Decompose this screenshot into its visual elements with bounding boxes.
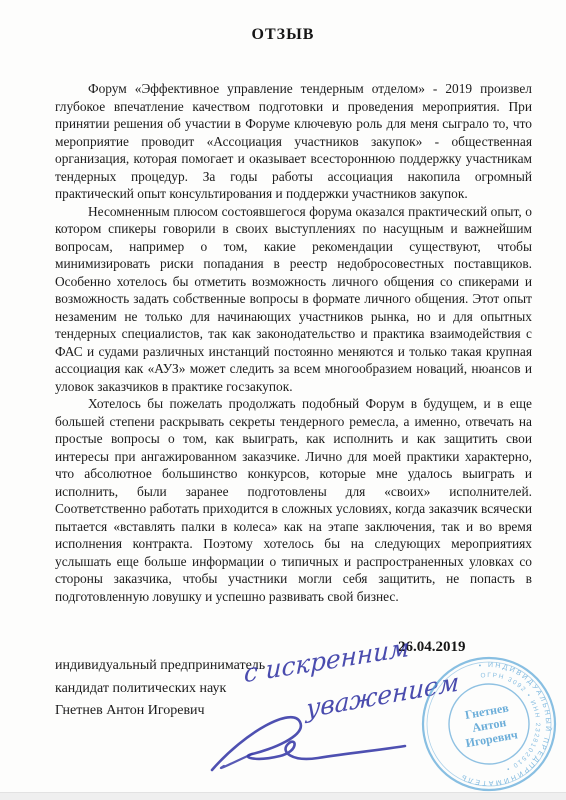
signature-stroke	[200, 692, 415, 787]
document-body: Форум «Эффективное управление тендерным …	[55, 80, 532, 605]
paragraph-1: Форум «Эффективное управление тендерным …	[55, 80, 532, 203]
signer-role-line-1: индивидуальный предприниматель	[55, 655, 305, 678]
page-title: ОТЗЫВ	[0, 26, 566, 44]
page-bottom-edge	[0, 792, 566, 800]
document-page: ОТЗЫВ Форум «Эффективное управление тенд…	[0, 0, 566, 800]
paragraph-2: Несомненным плюсом состоявшегося форума …	[55, 203, 532, 396]
document-date: 26.04.2019	[398, 639, 466, 656]
round-stamp: • ИНДИВИДУАЛЬНЫЙ ПРЕДПРИНИМАТЕЛЬ ОГРН 30…	[407, 642, 566, 800]
paragraph-3: Хотелось бы пожелать продолжать подобный…	[55, 395, 532, 605]
